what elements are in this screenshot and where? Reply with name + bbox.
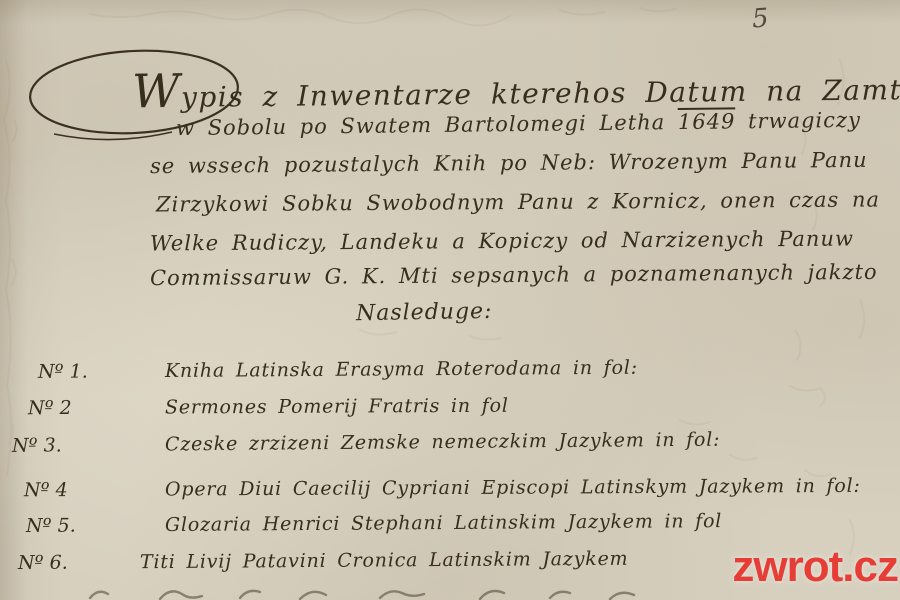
heading-line-4: Zirzykowi Sobku Swobodnym Panu z Kornicz… (156, 187, 880, 216)
item-number: Nº 1. (38, 361, 88, 383)
item-text: Czeske zrzizeni Zemske nemeczkim Jazykem… (165, 429, 721, 456)
item-number: Nº 3. (12, 434, 62, 456)
item-text: Kniha Latinska Erasyma Roterodama in fol… (165, 357, 638, 382)
manuscript-page: 5 Wypis z Inwentarze kterehos Datum na Z… (0, 0, 900, 600)
item-number: Nº 2 (28, 397, 72, 419)
page-number-mark: 5 (751, 3, 770, 34)
item-text: Opera Diui Caecilij Cypriani Episcopi La… (165, 475, 861, 501)
item-number: Nº 5. (26, 515, 76, 537)
heading-line-2-post: trwagiczy (735, 108, 861, 134)
list-item: Nº 3. Czeske zrzizeni Zemske nemeczkim J… (0, 427, 900, 469)
item-text: Sermones Pomerij Fratris in fol (165, 395, 509, 419)
watermark-zwrot-cz: zwrot.cz (732, 542, 898, 592)
heading-line-5: Welke Rudiczy, Landeku a Kopiczy od Narz… (150, 227, 854, 256)
heading-line-3: se wssech pozustalych Knih po Neb: Wroze… (150, 148, 868, 178)
item-text: Glozaria Henrici Stephani Latinskim Jazy… (165, 510, 722, 536)
item-number: Nº 4 (24, 479, 68, 501)
item-text: Titi Livij Patavini Cronica Latinskim Ja… (140, 548, 629, 573)
heading-line-2-pre: w Sobolu po Swatem Bartolomegi Letha (176, 110, 678, 140)
year-1649: 1649 (678, 109, 736, 134)
heading-line-7: Nasleduge: (356, 299, 493, 326)
heading-line-6: Commissaruw G. K. Mti sepsanych a poznam… (150, 260, 878, 290)
list-item: Nº 4 Opera Diui Caecilij Cypriani Episco… (0, 475, 900, 514)
list-item: Nº 2 Sermones Pomerij Fratris in fol (0, 393, 900, 432)
list-item: Nº 1. Kniha Latinska Erasyma Roterodama … (0, 355, 900, 395)
partial-line-strokes (80, 586, 680, 600)
item-number: Nº 6. (18, 552, 68, 574)
